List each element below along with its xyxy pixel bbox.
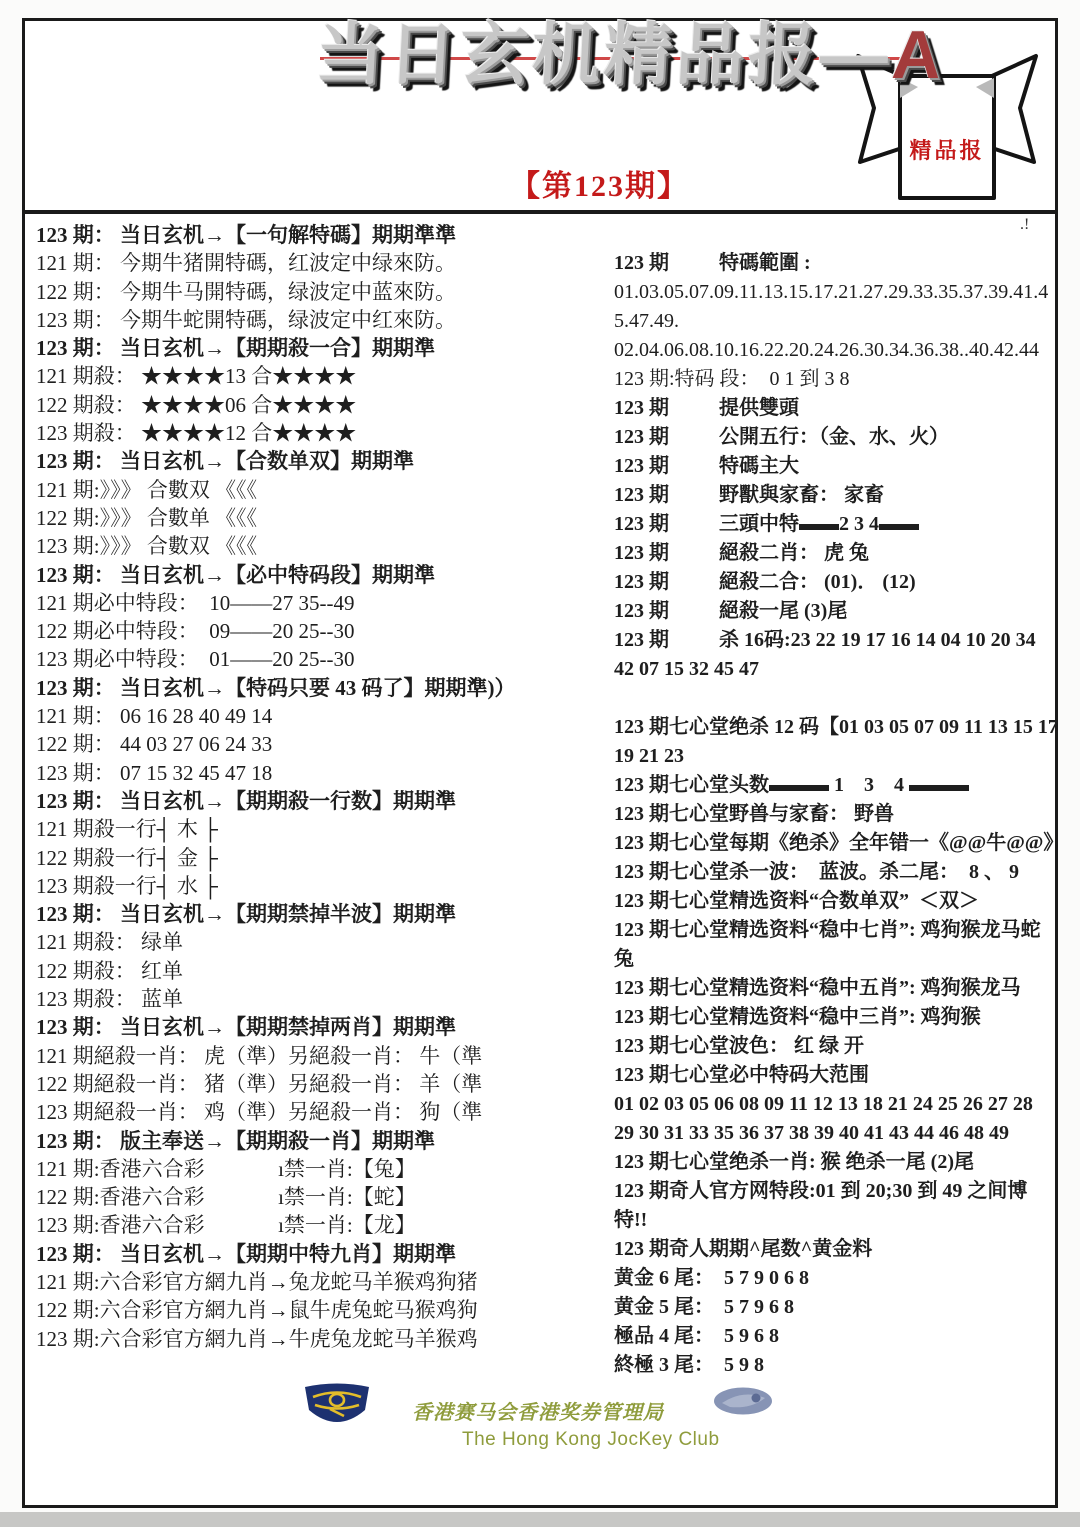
text-line: 123 期 特碼範圍 : [614, 249, 1060, 278]
text-line: 123 期： 当日玄机→【特码只要 43 码了】期期準)） [36, 674, 588, 702]
text-line: 42 07 15 32 45 47 [614, 655, 1060, 684]
text-line: 123 期七心堂精选资料“合数单双” ＜双＞ [614, 887, 1060, 916]
text-line: 123 期： 当日玄机→【期期禁掉两肖】期期準 [36, 1013, 588, 1041]
text-line: 123 期七心堂精选资料“稳中五肖”: 鸡狗猴龙马 [614, 974, 1060, 1003]
text-line: 01 02 03 05 06 08 09 11 12 13 18 21 24 2… [614, 1090, 1060, 1119]
footer-org-chinese: 香港赛马会香港奖券管理局 [412, 1396, 664, 1425]
right-column: 123 期 特碼範圍 :01.03.05.07.09.11.13.15.17.2… [614, 249, 1060, 1380]
text-line: 123 期七心堂波色： 红 绿 开 [614, 1032, 1060, 1061]
text-line: 123 期： 当日玄机→【合数单双】期期準 [36, 447, 588, 475]
text-line: 123 期 野獸與家畜： 家畜 [614, 481, 1060, 510]
text-line: 122 期必中特段： 09——20 25--30 [36, 617, 588, 645]
text-line: 123 期： 当日玄机→【期期中特九肖】期期準 [36, 1240, 588, 1268]
text-line: 黄金 5 尾： 5 7 9 6 8 [614, 1293, 1060, 1322]
text-line: 121 期:六合彩官方網九肖→兔龙蛇马羊猴鸡狗猪 [36, 1268, 588, 1296]
lotteries-oval-logo [712, 1386, 774, 1416]
text-line: 121 期:香港六合彩 ı禁一肖:【兔】 [36, 1155, 588, 1183]
left-column: 123 期： 当日玄机→【一句解特碼】期期準準121 期： 今期牛猪開特碼，红波… [36, 221, 588, 1353]
text-line: 29 30 31 33 35 36 37 38 39 40 41 43 44 4… [614, 1119, 1060, 1148]
text-line: 121 期殺： ★★★★13 合★★★★ [36, 362, 588, 390]
lottery-tipsheet-page: 当日玄机精品报—A 【第123期】 精品报 .! 123 期： 当日玄机→【一句… [0, 0, 1080, 1527]
text-line: 極品 4 尾： 5 9 6 8 [614, 1322, 1060, 1351]
text-line: 黄金 6 尾： 5 7 9 0 6 8 [614, 1264, 1060, 1293]
text-line: 123 期絕殺一肖： 鸡（準）另絕殺一肖： 狗（準 [36, 1098, 588, 1126]
text-line: 終極 3 尾： 5 9 8 [614, 1351, 1060, 1380]
text-line: 123 期： 当日玄机→【必中特码段】期期準 [36, 561, 588, 589]
text-line: 123 期殺： ★★★★12 合★★★★ [36, 419, 588, 447]
text-line: 123 期殺： 蓝单 [36, 985, 588, 1013]
text-line: 122 期殺一行┤ 金 ├ [36, 844, 588, 872]
text-line: 123 期： 当日玄机→【一句解特碼】期期準準 [36, 221, 588, 249]
text-line: 123 期 杀 16码:23 22 19 17 16 14 04 10 20 3… [614, 626, 1060, 655]
text-line: 123 期 絕殺一尾 (3)尾 [614, 597, 1060, 626]
text-line: 123 期必中特段： 01——20 25--30 [36, 645, 588, 673]
text-line: 122 期:》》》 合數单 《《《 [36, 504, 588, 532]
text-line: 5.47.49. [614, 307, 1060, 336]
text-line: 02.04.06.08.10.16.22.20.24.26.30.34.36.3… [614, 336, 1060, 365]
text-line: 123 期 三頭中特▬▬2 3 4▬▬ [614, 510, 1060, 539]
text-line: 123 期 公開五行：（金、水、火） [614, 423, 1060, 452]
text-line: 123 期:六合彩官方網九肖→牛虎兔龙蛇马羊猴鸡 [36, 1325, 588, 1353]
scan-bottom-strip [0, 1512, 1080, 1527]
text-line: 123 期： 当日玄机→【期期殺一合】期期準 [36, 334, 588, 362]
text-line: 122 期絕殺一肖： 猪（準）另絕殺一肖： 羊（準 [36, 1070, 588, 1098]
text-line: 123 期： 当日玄机→【期期殺一行数】期期準 [36, 787, 588, 815]
header-divider [22, 210, 1058, 214]
footer-org-english: The Hong Kong JocKey Club [462, 1429, 720, 1451]
masthead-title-suffix: A [890, 17, 947, 93]
text-line: 123 期： 版主奉送→【期期殺一肖】期期準 [36, 1127, 588, 1155]
text-line: 123 期七心堂野兽与家畜： 野兽 [614, 800, 1060, 829]
text-line: 123 期七心堂必中特码大范围 [614, 1061, 1060, 1090]
text-line: 123 期： 07 15 32 45 47 18 [36, 759, 588, 787]
text-line: 123 期 特碼主大 [614, 452, 1060, 481]
text-line: 122 期:六合彩官方網九肖→鼠牛虎兔蛇马猴鸡狗 [36, 1296, 588, 1324]
text-line: 123 期:特码 段： 0 1 到 3 8 [614, 365, 1060, 394]
masthead-title: 当日玄机精品报—A [314, 20, 947, 91]
text-line: 特!! [614, 1206, 1060, 1235]
text-line: 121 期:》》》 合數双 《《《 [36, 476, 588, 504]
text-line: 123 期七心堂头数▬▬▬ 1 3 4 ▬▬▬ [614, 771, 1060, 800]
lotteries-oval-icon [712, 1386, 774, 1416]
text-line: 123 期:香港六合彩 ı禁一肖:【龙】 [36, 1211, 588, 1239]
text-line: 123 期奇人期期^尾数^黄金料 [614, 1235, 1060, 1264]
hkjc-shield-logo [302, 1383, 372, 1423]
hkjc-shield-icon [302, 1383, 372, 1423]
text-line: 123 期七心堂绝杀一肖: 猴 绝杀一尾 (2)尾 [614, 1148, 1060, 1177]
text-line: 121 期殺一行┤ 木 ├ [36, 815, 588, 843]
issue-number: 【第123期】 [510, 161, 689, 205]
text-line: 121 期必中特段： 10——27 35--49 [36, 589, 588, 617]
masthead-title-main: 当日玄机精品报— [314, 17, 894, 93]
text-line: 123 期 絕殺二合： (01)． (12) [614, 568, 1060, 597]
text-line: 19 21 23 [614, 742, 1060, 771]
text-line: 122 期： 44 03 27 06 24 33 [36, 730, 588, 758]
text-line: 123 期奇人官方网特段:01 到 20;30 到 49 之间博 [614, 1177, 1060, 1206]
text-line: 121 期： 06 16 28 40 49 14 [36, 702, 588, 730]
text-line: 122 期:香港六合彩 ı禁一肖:【蛇】 [36, 1183, 588, 1211]
text-line: 123 期七心堂精选资料“稳中三肖”: 鸡狗猴 [614, 1003, 1060, 1032]
ribbon-label: 精品报 [909, 134, 984, 165]
text-line: 123 期七心堂精选资料“稳中七肖”: 鸡狗猴龙马蛇 [614, 916, 1060, 945]
text-line: 123 期七心堂杀一波： 蓝波。杀二尾： 8 、 9 [614, 858, 1060, 887]
text-line: 123 期:》》》 合數双 《《《 [36, 532, 588, 560]
text-line: 123 期七心堂每期《绝杀》全年错一《@@牛@@》 [614, 829, 1060, 858]
text-line: 122 期殺： 红单 [36, 957, 588, 985]
text-line: 123 期 提供雙頭 [614, 394, 1060, 423]
text-line: 121 期絕殺一肖： 虎（準）另絕殺一肖： 牛（準 [36, 1042, 588, 1070]
corner-mark: .! [1020, 216, 1029, 234]
text-line: 123 期： 当日玄机→【期期禁掉半波】期期準 [36, 900, 588, 928]
text-line: 122 期： 今期牛马開特碼，绿波定中蓝來防。 [36, 278, 588, 306]
text-line: 121 期殺： 绿单 [36, 928, 588, 956]
text-line: 122 期殺： ★★★★06 合★★★★ [36, 391, 588, 419]
text-line: 121 期： 今期牛猪開特碼，红波定中绿來防。 [36, 249, 588, 277]
text-line: 兔 [614, 945, 1060, 974]
text-line: 123 期： 今期牛蛇開特碼，绿波定中红來防。 [36, 306, 588, 334]
text-line: 123 期 絕殺二肖： 虎 兔 [614, 539, 1060, 568]
text-line: 123 期七心堂绝杀 12 码【01 03 05 07 09 11 13 15 … [614, 713, 1060, 742]
text-line [614, 684, 1060, 713]
text-line: 123 期殺一行┤ 水 ├ [36, 872, 588, 900]
text-line: 01.03.05.07.09.11.13.15.17.21.27.29.33.3… [614, 278, 1060, 307]
